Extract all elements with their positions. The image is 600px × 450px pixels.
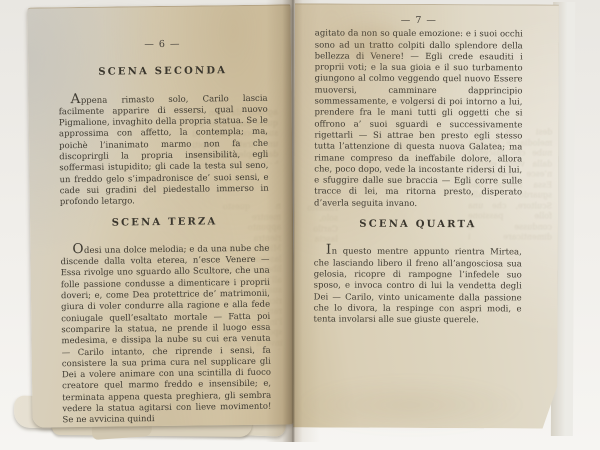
right-page-number: — 7 — xyxy=(315,15,523,27)
scene-quarta-heading: SCENA QUARTA xyxy=(314,219,522,231)
drop-initial: O xyxy=(72,241,84,257)
scene-terza-paragraph: Odesi una dolce melodia; e da una nube c… xyxy=(60,243,271,427)
scene-terza-heading: SCENA TERZA xyxy=(60,215,269,229)
paragraph-text: ppena rimasto solo, Carilo lascia facilm… xyxy=(59,93,269,207)
scena-terza-continuation-paragraph: agitato da non so quale emozione: e i su… xyxy=(314,29,523,211)
paragraph-text: desi una dolce melodia; e da una nube ch… xyxy=(60,244,271,426)
scene-seconda-heading: SCENA SECONDA xyxy=(58,65,267,79)
right-page: — 7 — agitato da non so quale emozione: … xyxy=(293,3,559,428)
scene-quarta-paragraph: In questo mentre appunto rientra Mirtea,… xyxy=(314,246,522,327)
left-page: — 6 — SCENA SECONDA Appena rimasto solo,… xyxy=(27,4,295,427)
left-page-number: — 6 — xyxy=(58,38,267,52)
book-photo: — 6 — SCENA SECONDA Appena rimasto solo,… xyxy=(0,0,600,450)
paragraph-text: n questo mentre appunto rientra Mirtea, … xyxy=(314,247,522,325)
scene-seconda-paragraph: Appena rimasto solo, Carilo lascia facil… xyxy=(59,92,269,209)
drop-initial: A xyxy=(70,91,80,107)
